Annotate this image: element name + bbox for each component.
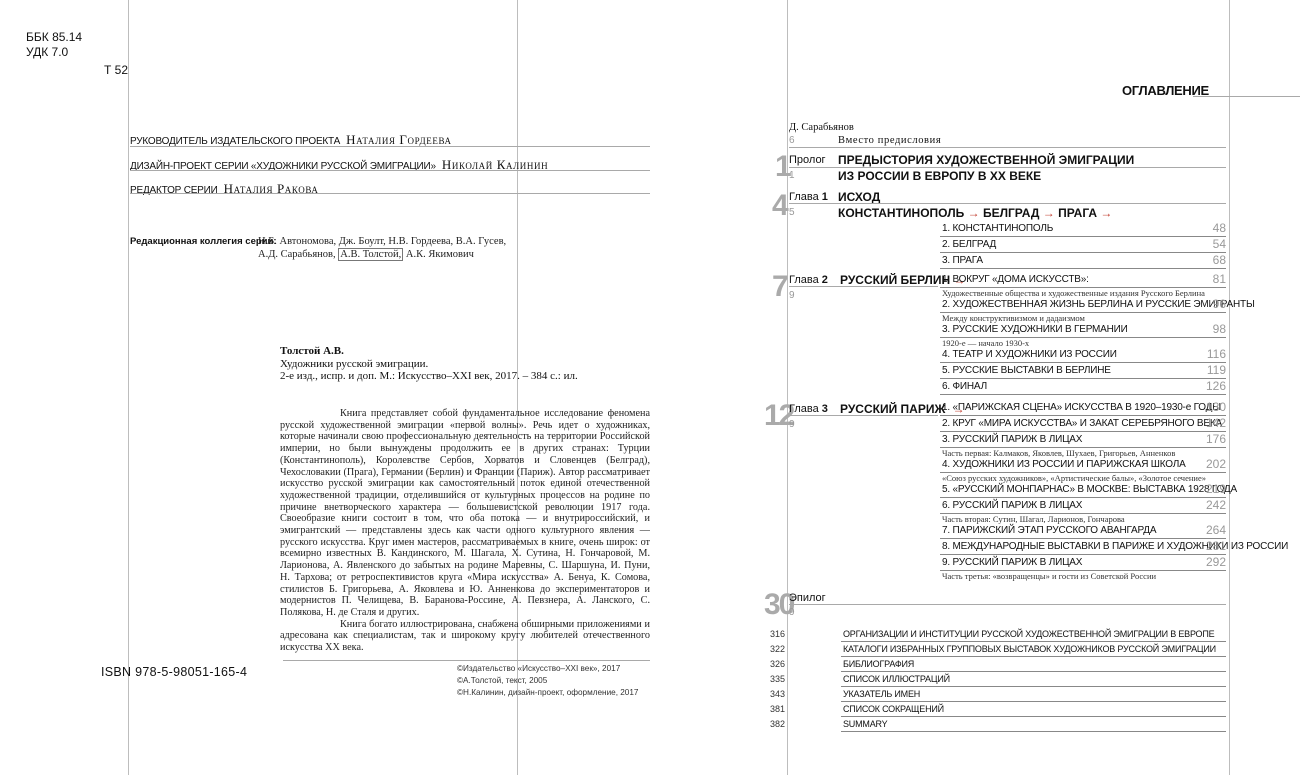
section-page: 202 — [1206, 457, 1226, 471]
appendix-page: 382 — [770, 719, 785, 729]
guide-line-right — [1229, 0, 1230, 775]
guide-line-left — [128, 0, 129, 775]
section-page: 116 — [1207, 347, 1226, 361]
toc-section-entry[interactable]: 5. «РУССКИЙ МОНПАРНАС» В МОСКВЕ: ВЫСТАВК… — [940, 483, 1226, 497]
appendix-entry[interactable]: 316ОРГАНИЗАЦИИ И ИНСТИТУЦИИ РУССКОЙ ХУДО… — [770, 628, 1226, 641]
divider — [940, 362, 1226, 363]
chapter3-page: 9 — [789, 419, 795, 430]
divider — [789, 286, 938, 287]
section-subtitle: Часть третья: «возвращенцы» и гости из С… — [942, 571, 1156, 581]
divider — [940, 497, 1226, 498]
section-title: 3. ПРАГА — [942, 255, 983, 266]
divider — [789, 167, 1226, 168]
copyright-line: ©Н.Калинин, дизайн-проект, оформление, 2… — [457, 687, 638, 699]
section-page: 54 — [1213, 237, 1226, 251]
section-subtitle: «Союз русских художников», «Артистически… — [942, 473, 1206, 483]
isbn: ISBN 978-5-98051-165-4 — [101, 665, 247, 679]
toc-section-entry[interactable]: 9. РУССКИЙ ПАРИЖ В ЛИЦАХ292 — [940, 556, 1226, 570]
appendix-entry[interactable]: 343УКАЗАТЕЛЬ ИМЕН — [770, 688, 1226, 701]
section-page: 264 — [1206, 523, 1226, 537]
heading-rule — [1193, 96, 1300, 97]
appendix-title: СПИСОК ИЛЛЮСТРАЦИЙ — [843, 674, 950, 684]
toc-section-entry[interactable]: 2. БЕЛГРАД54 — [940, 238, 1226, 252]
chapter1-big-number: 4 — [772, 191, 787, 221]
prologue-label: Пролог — [789, 154, 826, 166]
section-title: 5. «РУССКИЙ МОНПАРНАС» В МОСКВЕ: ВЫСТАВК… — [942, 484, 1237, 495]
board-line-2: А.Д. Сарабьянов, А.В. Толстой, А.К. Яким… — [258, 248, 506, 261]
toc-section-entry[interactable]: 2. ХУДОЖЕСТВЕННАЯ ЖИЗНЬ БЕРЛИНА И РУССКИ… — [940, 298, 1226, 312]
section-page: 130 — [1206, 400, 1226, 414]
toc-section-entry[interactable]: 3. ПРАГА68 — [940, 254, 1226, 268]
prologue-title-1: ПРЕДЫСТОРИЯ ХУДОЖЕСТВЕННОЙ ЭМИГРАЦИИ — [838, 153, 1134, 167]
section-page: 119 — [1207, 363, 1226, 377]
toc-section-entry[interactable]: 4. ХУДОЖНИКИ ИЗ РОССИИ И ПАРИЖСКАЯ ШКОЛА… — [940, 458, 1226, 472]
toc-section-entry[interactable]: 2. КРУГ «МИРА ИСКУССТВА» И ЗАКАТ СЕРЕБРЯ… — [940, 417, 1226, 431]
divider — [940, 252, 1226, 253]
appendix-title: БИБЛИОГРАФИЯ — [843, 659, 914, 669]
toc-section-entry[interactable]: 1. «ПАРИЖСКАЯ СЦЕНА» ИСКУССТВА В 1920–19… — [940, 401, 1226, 415]
arrow-icon: → — [1100, 206, 1112, 220]
chapter2-label: Глава 2 — [789, 274, 828, 286]
board-members: Н.Б. Автономова, Дж. Боулт, Н.В. Гордеев… — [258, 235, 506, 261]
appendix-title: СПИСОК СОКРАЩЕНИЙ — [843, 704, 944, 714]
divider — [841, 731, 1226, 732]
section-title: 4. ТЕАТР И ХУДОЖНИКИ ИЗ РОССИИ — [942, 349, 1117, 360]
prologue-title-2: ИЗ РОССИИ В ЕВРОПУ В XX ВЕКЕ — [838, 169, 1041, 183]
section-title: 3. РУССКИЕ ХУДОЖНИКИ В ГЕРМАНИИ — [942, 324, 1128, 335]
boxed-name: А.В. Толстой, — [338, 248, 403, 261]
toc-section-entry[interactable]: 5. РУССКИЕ ВЫСТАВКИ В БЕРЛИНЕ119 — [940, 364, 1226, 378]
section-subtitle: 1920-е — начало 1930-х — [942, 338, 1029, 348]
section-page: 292 — [1206, 555, 1226, 569]
divider — [789, 203, 1226, 204]
section-subtitle: Художественные общества и художественные… — [942, 288, 1205, 298]
toc-section-entry[interactable]: 3. РУССКИЕ ХУДОЖНИКИ В ГЕРМАНИИ98 — [940, 323, 1226, 337]
section-title: 1. «ПАРИЖСКАЯ СЦЕНА» ИСКУССТВА В 1920–19… — [942, 402, 1221, 413]
section-subtitle: Часть первая: Калмаков, Яковлев, Шухаев,… — [942, 448, 1175, 458]
appendix-page: 326 — [770, 659, 785, 669]
preface-page: 6 — [789, 135, 795, 146]
section-page: 68 — [1213, 253, 1226, 267]
section-title: 6. РУССКИЙ ПАРИЖ В ЛИЦАХ — [942, 500, 1082, 511]
abstract-paragraph-2: Книга богато иллюстрирована, снабжена об… — [280, 619, 650, 654]
section-page: 176 — [1206, 432, 1226, 446]
preface-title: Вместо предисловия — [838, 135, 941, 146]
credit-label: РЕДАКТОР СЕРИИ — [130, 185, 218, 196]
section-title: 6. ФИНАЛ — [942, 381, 987, 392]
toc-section-entry[interactable]: 7. ПАРИЖСКИЙ ЭТАП РУССКОГО АВАНГАРДА264 — [940, 524, 1226, 538]
credit-name: Наталия Гордеева — [346, 132, 452, 147]
divider — [789, 415, 938, 416]
section-title: 2. КРУГ «МИРА ИСКУССТВА» И ЗАКАТ СЕРЕБРЯ… — [942, 418, 1222, 429]
chapter1-route: КОНСТАНТИНОПОЛЬ → БЕЛГРАД → ПРАГА → — [838, 206, 1112, 220]
copyrights: ©Издательство «Искусство–XXI век», 2017 … — [457, 663, 638, 699]
section-page: 81 — [1213, 272, 1226, 286]
toc-section-entry[interactable]: 1. ВОКРУГ «ДОМА ИСКУССТВ»:81 — [940, 273, 1226, 287]
chapter1-page: 5 — [789, 207, 795, 218]
divider — [283, 660, 650, 661]
appendix-entry[interactable]: 322КАТАЛОГИ ИЗБРАННЫХ ГРУППОВЫХ ВЫСТАВОК… — [770, 643, 1226, 656]
section-page: 96 — [1213, 297, 1226, 311]
toc-section-entry[interactable]: 3. РУССКИЙ ПАРИЖ В ЛИЦАХ176 — [940, 433, 1226, 447]
toc-section-entry[interactable]: 6. ФИНАЛ126 — [940, 380, 1226, 394]
bib-author: Толстой А.В. — [280, 345, 578, 358]
chapter2-page: 9 — [789, 290, 795, 301]
divider — [841, 671, 1226, 672]
divider — [841, 686, 1226, 687]
section-title: 5. РУССКИЕ ВЫСТАВКИ В БЕРЛИНЕ — [942, 365, 1111, 376]
prologue-page: 1 — [789, 170, 795, 181]
section-title: 9. РУССКИЙ ПАРИЖ В ЛИЦАХ — [942, 557, 1082, 568]
section-page: 142 — [1206, 416, 1226, 430]
appendix-title: УКАЗАТЕЛЬ ИМЕН — [843, 689, 920, 699]
divider — [940, 415, 1226, 416]
divider — [841, 716, 1226, 717]
toc-section-entry[interactable]: 8. МЕЖДУНАРОДНЫЕ ВЫСТАВКИ В ПАРИЖЕ И ХУД… — [940, 540, 1226, 554]
credit-line-2: ДИЗАЙН-ПРОЕКТ СЕРИИ «ХУДОЖНИКИ РУССКОЙ Э… — [130, 156, 548, 174]
section-title: 1. КОНСТАНТИНОПОЛЬ — [942, 223, 1053, 234]
bbk-code: ББК 85.14 — [26, 30, 82, 45]
section-subtitle: Часть вторая: Сутин, Шагал, Ларионов, Го… — [942, 514, 1125, 524]
copyright-line: ©А.Толстой, текст, 2005 — [457, 675, 638, 687]
abstract: Книга представляет собой фундаментальное… — [280, 408, 650, 654]
divider — [841, 641, 1226, 642]
appendix-entry[interactable]: 381СПИСОК СОКРАЩЕНИЙ — [770, 703, 1226, 716]
section-page: 281 — [1206, 539, 1226, 553]
section-title: 4. ХУДОЖНИКИ ИЗ РОССИИ И ПАРИЖСКАЯ ШКОЛА — [942, 459, 1186, 470]
divider — [940, 378, 1226, 379]
divider — [940, 268, 1226, 269]
section-title: 8. МЕЖДУНАРОДНЫЕ ВЫСТАВКИ В ПАРИЖЕ И ХУД… — [942, 541, 1288, 552]
udk-code: УДК 7.0 — [26, 45, 82, 60]
toc-section-entry[interactable]: 1. КОНСТАНТИНОПОЛЬ48 — [940, 222, 1226, 236]
board-label: Редакционная коллегия серии: — [130, 236, 277, 247]
section-subtitle: Между конструктивизмом и дадаизмом — [942, 313, 1085, 323]
prologue-big-number: 1 — [775, 152, 790, 182]
abstract-paragraph-1: Книга представляет собой фундаментальное… — [280, 408, 650, 619]
board-line-1: Н.Б. Автономова, Дж. Боулт, Н.В. Гордеев… — [258, 235, 506, 248]
divider — [940, 538, 1226, 539]
divider — [940, 431, 1226, 432]
divider — [841, 656, 1226, 657]
section-page: 242 — [1206, 498, 1226, 512]
divider — [940, 554, 1226, 555]
section-page: 126 — [1206, 379, 1226, 393]
credit-line-3: РЕДАКТОР СЕРИИНаталия Ракова — [130, 180, 319, 198]
section-title: 7. ПАРИЖСКИЙ ЭТАП РУССКОГО АВАНГАРДА — [942, 525, 1156, 536]
epilogue-label: Эпилог — [789, 592, 826, 604]
appendix-title: SUMMARY — [843, 719, 887, 729]
author-mark: Т 52 — [104, 63, 128, 77]
appendix-page: 316 — [770, 629, 785, 639]
section-page: 98 — [1213, 322, 1226, 336]
section-title: 2. БЕЛГРАД — [942, 239, 996, 250]
divider — [940, 236, 1226, 237]
arrow-icon: → — [968, 206, 980, 220]
appendix-entry[interactable]: 335СПИСОК ИЛЛЮСТРАЦИЙ — [770, 673, 1226, 686]
divider — [940, 394, 1226, 395]
bibliographic-record: Толстой А.В. Художники русской эмиграции… — [280, 345, 578, 383]
arrow-icon: → — [1043, 206, 1055, 220]
chapter3-label: Глава 3 — [789, 403, 828, 415]
chapter1-title: ИСХОД — [838, 190, 880, 204]
appendix-entry[interactable]: 326БИБЛИОГРАФИЯ — [770, 658, 1226, 671]
chapter1-label: Глава 1 — [789, 191, 828, 203]
guide-line-center-left — [517, 0, 518, 775]
appendix-page: 381 — [770, 704, 785, 714]
epilogue-page: 9 — [789, 607, 795, 618]
section-page: 219 — [1206, 482, 1226, 496]
divider — [130, 193, 650, 194]
divider — [789, 604, 1226, 605]
section-title: 1. ВОКРУГ «ДОМА ИСКУССТВ»: — [942, 274, 1089, 285]
toc-section-entry[interactable]: 6. РУССКИЙ ПАРИЖ В ЛИЦАХ242 — [940, 499, 1226, 513]
divider — [789, 147, 1226, 148]
copyright-line: ©Издательство «Искусство–XXI век», 2017 — [457, 663, 638, 675]
divider — [130, 170, 650, 171]
bib-title: Художники русской эмиграции. — [280, 358, 578, 371]
appendix-title: КАТАЛОГИ ИЗБРАННЫХ ГРУППОВЫХ ВЫСТАВОК ХУ… — [843, 644, 1216, 654]
toc-section-entry[interactable]: 4. ТЕАТР И ХУДОЖНИКИ ИЗ РОССИИ116 — [940, 348, 1226, 362]
bib-imprint: 2-е изд., испр. и доп. М.: Искусство–XXI… — [280, 370, 578, 383]
appendix-title: ОРГАНИЗАЦИИ И ИНСТИТУЦИИ РУССКОЙ ХУДОЖЕС… — [843, 629, 1214, 639]
section-title: 2. ХУДОЖЕСТВЕННАЯ ЖИЗНЬ БЕРЛИНА И РУССКИ… — [942, 299, 1255, 310]
divider — [130, 146, 650, 147]
divider — [841, 701, 1226, 702]
appendix-page: 322 — [770, 644, 785, 654]
appendix-page: 335 — [770, 674, 785, 684]
appendix-page: 343 — [770, 689, 785, 699]
appendix-entry[interactable]: 382SUMMARY — [770, 718, 1226, 731]
section-page: 48 — [1213, 221, 1226, 235]
section-title: 3. РУССКИЙ ПАРИЖ В ЛИЦАХ — [942, 434, 1082, 445]
classification-codes: ББК 85.14 УДК 7.0 — [26, 30, 82, 60]
preface-author: Д. Сарабьянов — [789, 122, 854, 133]
chapter2-big-number: 7 — [772, 272, 787, 302]
